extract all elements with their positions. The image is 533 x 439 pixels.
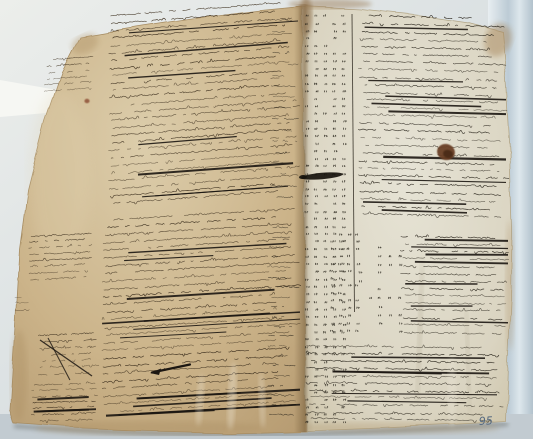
strikethrough xyxy=(425,240,508,241)
fold-streak xyxy=(301,27,308,123)
left-edge-browning xyxy=(11,330,27,420)
page-number: 95 xyxy=(478,414,493,428)
manuscript-photo-stage: 95 xyxy=(0,0,533,439)
wrinkle-highlight-4 xyxy=(448,356,456,428)
right-edge-browning xyxy=(506,220,515,350)
left-page-center-sheen xyxy=(30,90,90,270)
bottom-browning-right xyxy=(300,422,500,434)
manuscript-photo: 95 xyxy=(0,0,533,439)
strikethrough xyxy=(351,357,485,358)
small-red-dot xyxy=(84,99,89,103)
